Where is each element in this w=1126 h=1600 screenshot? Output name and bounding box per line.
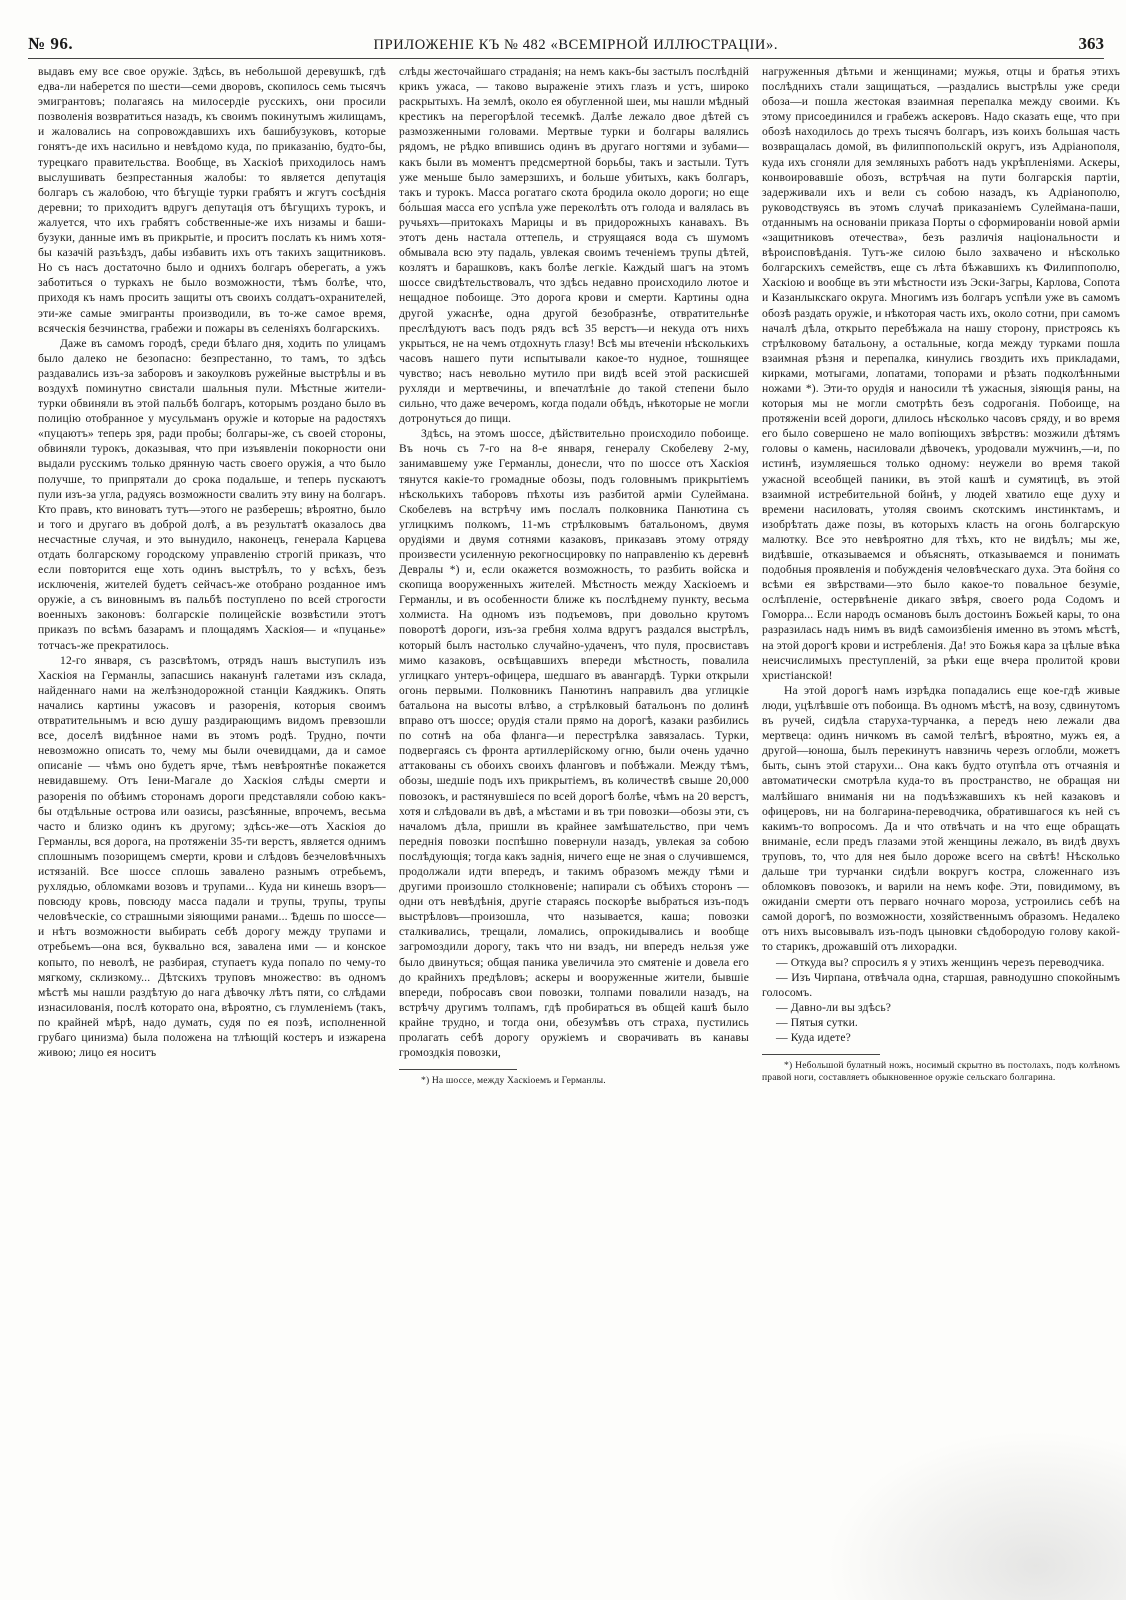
paragraph: Здѣсь, на этомъ шоссе, дѣйствительно про… (399, 426, 749, 1060)
footnote-divider (762, 1054, 880, 1055)
dialog-line: — Давно-ли вы здѣсь? (762, 1000, 1120, 1015)
issue-number: № 96. (28, 34, 73, 54)
column-2: слѣды жесточайшаго страданія; на немъ ка… (399, 64, 749, 1560)
dialog-line: — Куда идете? (762, 1030, 1120, 1045)
dialog-line: — Пятыя сутки. (762, 1015, 1120, 1030)
page-number: 363 (1079, 34, 1105, 54)
footnote: *) Небольшой булатный ножъ, носимый скры… (762, 1060, 1120, 1084)
article-columns: выдавъ ему все свое оружіе. Здѣсь, въ не… (38, 64, 1108, 1560)
page-header: № 96. ПРИЛОЖЕНІЕ КЪ № 482 «ВСЕМІРНОЙ ИЛЛ… (28, 24, 1104, 59)
dialog-line: — Изъ Чирпана, отвѣчала одна, старшая, р… (762, 970, 1120, 1000)
paragraph: слѣды жесточайшаго страданія; на немъ ка… (399, 64, 749, 426)
running-title: ПРИЛОЖЕНІЕ КЪ № 482 «ВСЕМІРНОЙ ИЛЛЮСТРАЦ… (374, 37, 779, 54)
paragraph: Даже въ самомъ городѣ, среди бѣлаго дня,… (38, 336, 386, 653)
footnote: *) На шоссе, между Хаскіоемъ и Германлы. (399, 1075, 749, 1087)
paragraph: 12-го января, съ разсвѣтомъ, отрядъ нашъ… (38, 653, 386, 1061)
paragraph: На этой дорогѣ намъ изрѣдка попадались е… (762, 683, 1120, 955)
column-3: нагруженныя дѣтьми и женщинами; мужья, о… (762, 64, 1120, 1560)
paragraph: нагруженныя дѣтьми и женщинами; мужья, о… (762, 64, 1120, 683)
footnote-divider (399, 1069, 517, 1070)
dialog-line: — Откуда вы? спросилъ я у этихъ женщинъ … (762, 955, 1120, 970)
paragraph: выдавъ ему все свое оружіе. Здѣсь, въ не… (38, 64, 386, 336)
column-1: выдавъ ему все свое оружіе. Здѣсь, въ не… (38, 64, 386, 1560)
